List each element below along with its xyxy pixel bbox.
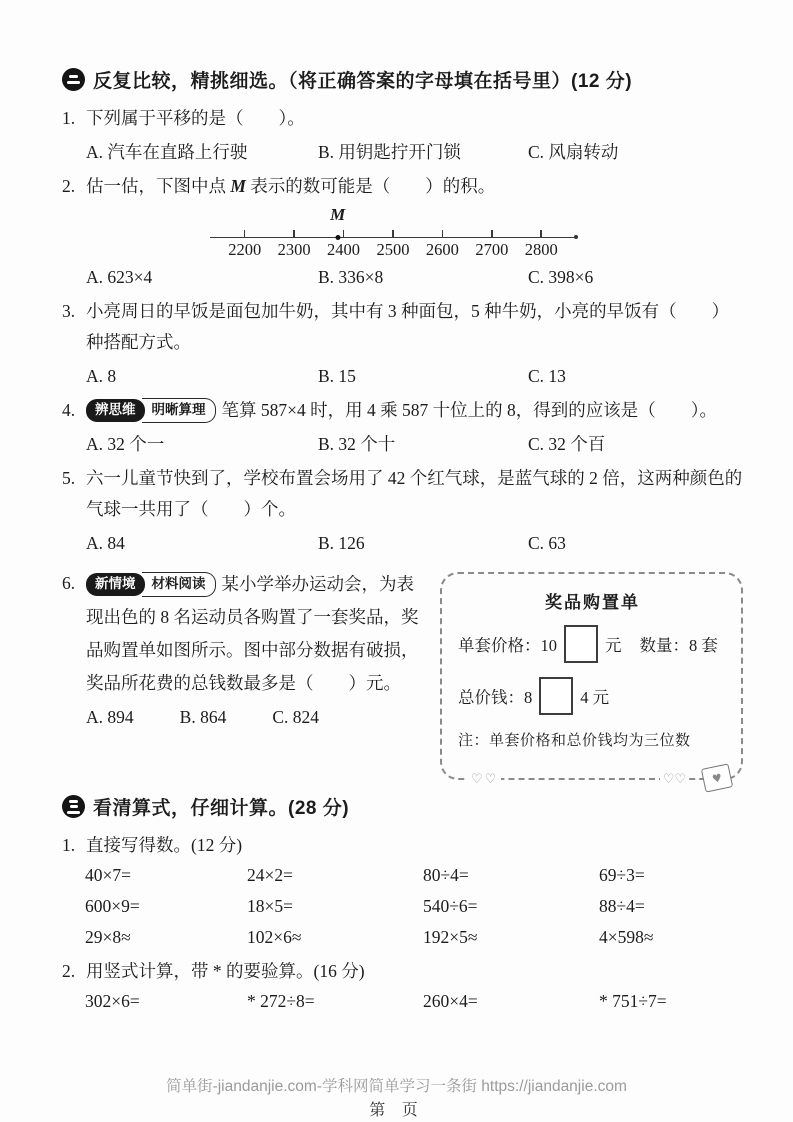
section-two-icon — [62, 68, 85, 91]
leaf-decoration-right: ♡♡ — [660, 771, 689, 787]
calc-expression: 540÷6= — [423, 897, 599, 915]
damaged-digit-box-2 — [539, 677, 573, 715]
question-3-number: 3. — [62, 296, 86, 358]
badge-mingxi-suanli: 明晰算理 — [142, 398, 216, 423]
option-c: C. 398×6 — [528, 262, 743, 293]
section-two-header: 反复比较，精挑细选。（将正确答案的字母填在括号里）(12 分) — [62, 66, 743, 93]
calc-expression: 80÷4= — [423, 866, 599, 884]
calc-expression: 260×4= — [423, 992, 599, 1010]
question-3-text: 小亮周日的早饭是面包加牛奶，其中有 3 种面包，5 种牛奶，小亮的早饭有（ ）种… — [86, 296, 743, 358]
question-1-number: 1. — [62, 103, 86, 134]
question-4-options: A. 32 个一 B. 32 个十 C. 32 个百 — [62, 429, 743, 460]
number-line-figure: M 2200 2300 2400 2500 2600 2700 2800 — [220, 205, 566, 260]
calc-expression: 600×9= — [85, 897, 247, 915]
subsection-2-number: 2. — [62, 956, 86, 986]
calc-expression: 40×7= — [85, 866, 247, 884]
question-2-options: A. 623×4 B. 336×8 C. 398×6 — [62, 262, 743, 293]
calc-expression: * 751÷7= — [599, 992, 743, 1010]
option-a: A. 汽车在直路上行驶 — [86, 137, 318, 168]
subsection-2-title: 用竖式计算，带 * 的要验算。(16 分) — [86, 956, 365, 986]
option-a: A. 32 个一 — [86, 429, 318, 460]
calc-expression: 69÷3= — [599, 866, 743, 884]
leaf-decoration-left: ♡♡ — [468, 771, 501, 787]
option-b: B. 32 个十 — [318, 429, 528, 460]
question-5-options: A. 84 B. 126 C. 63 — [62, 528, 743, 559]
section-three-title: 看清算式，仔细计算。(28 分) — [93, 793, 349, 820]
question-2: 2. 估一估，下图中点 M 表示的数可能是（ ）的积。 — [62, 171, 743, 202]
unit-price-line: 单套价格：10 元 数量：8 套 — [458, 625, 727, 663]
question-6-number: 6. — [62, 568, 86, 780]
calc-expression: 18×5= — [247, 897, 423, 915]
badge-cailiao-yuedu: 材料阅读 — [142, 572, 216, 597]
footer-watermark: 简单街-jiandanjie.com-学科网简单学习一条街 https://ji… — [0, 1074, 793, 1096]
subsection-1-number: 1. — [62, 830, 86, 860]
question-2-text: 估一估，下图中点 M 表示的数可能是（ ）的积。 — [86, 171, 743, 202]
section-three-icon — [62, 795, 85, 818]
badge-bian-siwei: 辨思维 — [86, 399, 145, 422]
subsection-column-calc: 2. 用竖式计算，带 * 的要验算。(16 分) — [62, 956, 743, 986]
question-1-options: A. 汽车在直路上行驶 B. 用钥匙拧开门锁 C. 风扇转动 — [62, 137, 743, 168]
oral-calc-grid: 40×7= 24×2= 80÷4= 69÷3= 600×9= 18×5= 540… — [62, 866, 743, 946]
option-b: B. 15 — [318, 361, 528, 392]
option-c: C. 63 — [528, 528, 743, 559]
question-1: 1. 下列属于平移的是（ ）。 — [62, 103, 743, 134]
question-4-number: 4. — [62, 395, 86, 426]
question-6-text: 新情境材料阅读某小学举办运动会，为表现出色的 8 名运动员各购置了一套奖品，奖品… — [86, 568, 424, 700]
subsection-oral-calc: 1. 直接写得数。(12 分) — [62, 830, 743, 860]
option-a: A. 84 — [86, 528, 318, 559]
section-three-header: 看清算式，仔细计算。(28 分) — [62, 793, 743, 820]
number-line-end-dot — [574, 235, 578, 239]
section-two-title: 反复比较，精挑细选。（将正确答案的字母填在括号里）(12 分) — [93, 66, 632, 93]
option-b: B. 126 — [318, 528, 528, 559]
option-b: B. 用钥匙拧开门锁 — [318, 137, 528, 168]
damaged-digit-box-1 — [564, 625, 598, 663]
question-6: 6. 新情境材料阅读某小学举办运动会，为表现出色的 8 名运动员各购置了一套奖品… — [62, 568, 743, 780]
option-b: B. 864 — [180, 702, 227, 733]
point-m-label: M — [330, 205, 345, 225]
badge-xin-qingjing: 新情境 — [86, 573, 145, 596]
question-6-options: A. 894 B. 864 C. 824 — [86, 702, 424, 733]
question-3: 3. 小亮周日的早饭是面包加牛奶，其中有 3 种面包，5 种牛奶，小亮的早饭有（… — [62, 296, 743, 358]
prize-slip-note: 注：单套价格和总价钱均为三位数 — [458, 729, 727, 750]
calc-expression: 102×6≈ — [247, 928, 423, 946]
number-line-ticks — [220, 226, 566, 240]
calc-expression: 88÷4= — [599, 897, 743, 915]
prize-purchase-slip: 奖品购置单 单套价格：10 元 数量：8 套 总价钱：8 4 元 注：单套价格和… — [440, 572, 743, 780]
question-4-text: 辨思维明晰算理笔算 587×4 时，用 4 乘 587 十位上的 8，得到的应该… — [86, 395, 743, 426]
point-m-dot — [335, 235, 340, 240]
option-c: C. 13 — [528, 361, 743, 392]
footer-page-number: 第 页 — [0, 1097, 793, 1120]
option-c: C. 风扇转动 — [528, 137, 743, 168]
number-line-labels: 2200 2300 2400 2500 2600 2700 2800 — [220, 240, 566, 260]
question-2-number: 2. — [62, 171, 86, 202]
option-a: A. 894 — [86, 702, 134, 733]
point-m-inline: M — [230, 176, 246, 196]
calc-expression: 24×2= — [247, 866, 423, 884]
question-5-text: 六一儿童节快到了，学校布置会场用了 42 个红气球，是蓝气球的 2 倍，这两种颜… — [86, 463, 743, 525]
total-price-line: 总价钱：8 4 元 — [458, 677, 727, 715]
column-calc-grid: 302×6= * 272÷8= 260×4= * 751÷7= — [62, 992, 743, 1010]
question-5: 5. 六一儿童节快到了，学校布置会场用了 42 个红气球，是蓝气球的 2 倍，这… — [62, 463, 743, 525]
calc-expression: 302×6= — [85, 992, 247, 1010]
subsection-1-title: 直接写得数。(12 分) — [86, 830, 242, 860]
question-1-text: 下列属于平移的是（ ）。 — [86, 103, 743, 134]
question-4: 4. 辨思维明晰算理笔算 587×4 时，用 4 乘 587 十位上的 8，得到… — [62, 395, 743, 426]
worksheet-page: 反复比较，精挑细选。（将正确答案的字母填在括号里）(12 分) 1. 下列属于平… — [0, 0, 793, 1122]
option-b: B. 336×8 — [318, 262, 528, 293]
calc-expression: 4×598≈ — [599, 928, 743, 946]
option-c: C. 824 — [272, 702, 319, 733]
prize-slip-title: 奖品购置单 — [458, 588, 727, 613]
calc-expression: 192×5≈ — [423, 928, 599, 946]
option-c: C. 32 个百 — [528, 429, 743, 460]
calc-expression: 29×8≈ — [85, 928, 247, 946]
calc-expression: * 272÷8= — [247, 992, 423, 1010]
question-5-number: 5. — [62, 463, 86, 525]
option-a: A. 623×4 — [86, 262, 318, 293]
option-a: A. 8 — [86, 361, 318, 392]
question-3-options: A. 8 B. 15 C. 13 — [62, 361, 743, 392]
quantity-text: 数量：8 套 — [640, 632, 718, 656]
